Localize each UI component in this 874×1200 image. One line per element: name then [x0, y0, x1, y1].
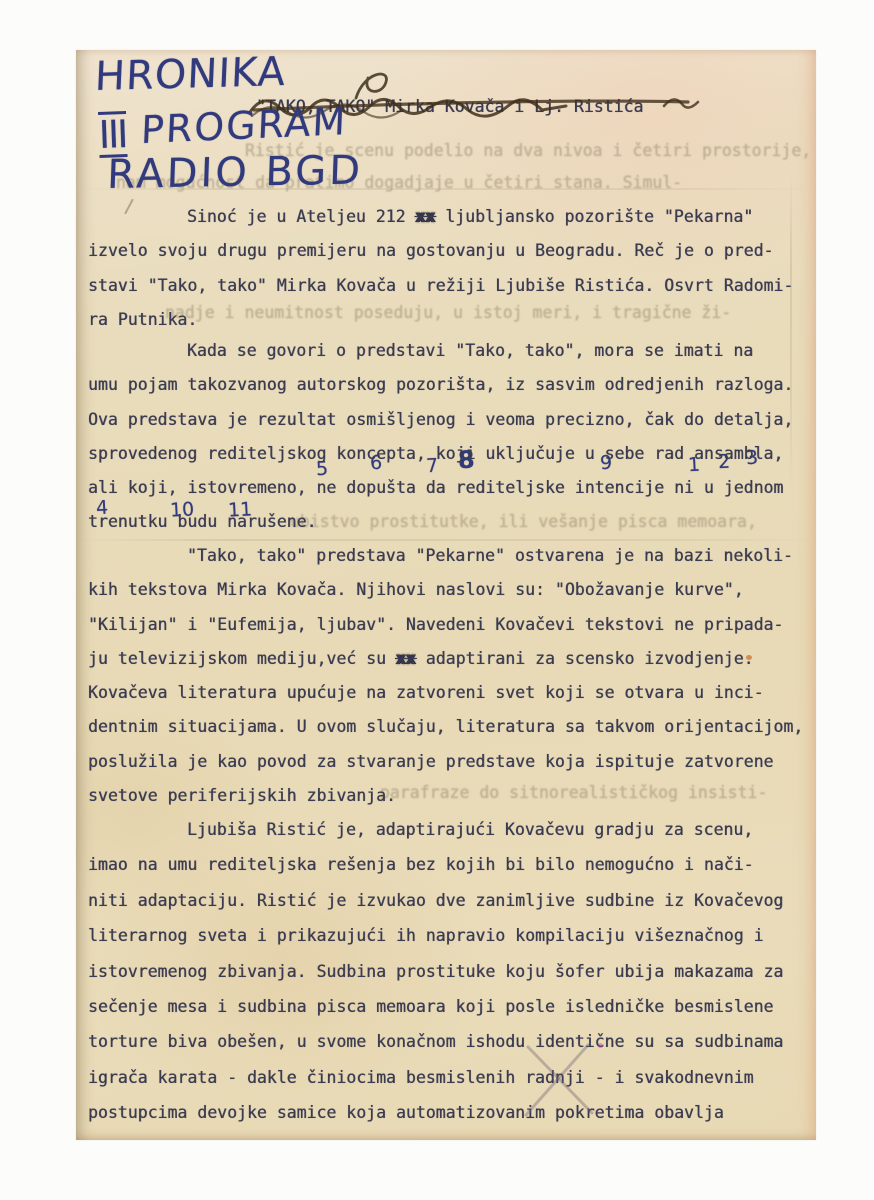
- typed-text: ju televizijskom mediju,već su: [88, 649, 396, 668]
- paragraph: Sinoć je u Ateljeu 212 xx ljubljansko po…: [88, 200, 814, 337]
- typed-line: umu pojam takozvanog autorskog pozorišta…: [88, 368, 814, 402]
- ink-speck: [598, 1043, 603, 1048]
- document-page: Ristić je scenu podelio na dva nivoa i č…: [76, 50, 816, 1140]
- typed-line: ju televizijskom mediju,već su xx adapti…: [88, 642, 814, 676]
- paragraph: "Tako, tako" predstava "Pekarne" ostvare…: [88, 539, 814, 813]
- typed-text: ljubljansko pozorište "Pekarna": [435, 207, 753, 226]
- paragraph: Ljubiša Ristić je, adaptirajući Kovačevu…: [88, 812, 814, 1131]
- typed-line: igrača karata - dakle činiocima besmisle…: [88, 1060, 814, 1095]
- overstruck-text: xx: [396, 649, 416, 668]
- typed-line: Sinoć je u Ateljeu 212 xx ljubljansko po…: [88, 200, 814, 234]
- typed-line: poslužila je kao povod za stvaranje pred…: [88, 745, 814, 779]
- typed-line: sečenje mesa i sudbina pisca memoara koj…: [88, 989, 814, 1024]
- typed-line: "Kilijan" i "Eufemija, ljubav". Navedeni…: [88, 608, 814, 642]
- typed-line: kih tekstova Mirka Kovača. Njihovi naslo…: [88, 573, 814, 607]
- typed-line: Kada se govori o predstavi "Tako, tako",…: [88, 334, 814, 368]
- typed-line: Ova predstava je rezultat osmišljenog i …: [88, 403, 814, 437]
- typed-line: svetove periferijskih zbivanja.: [88, 779, 814, 813]
- typed-line: stavi "Tako, tako" Mirka Kovača u režiji…: [88, 269, 814, 303]
- typed-line: "Tako, tako" predstava "Pekarne" ostvare…: [88, 539, 814, 573]
- typed-line: literarnog sveta i prikazujući ih naprav…: [88, 918, 814, 953]
- handwritten-annotation-hronika: HRONIKA: [94, 49, 287, 100]
- typed-line: sprovedenog rediteljskog koncepta, koji …: [88, 437, 814, 471]
- typed-line: imao na umu rediteljska rešenja bez koji…: [88, 847, 814, 882]
- typed-text: Sinoć je u Ateljeu 212: [187, 207, 415, 226]
- typed-line: torture biva obešen, u svome konačnom is…: [88, 1024, 814, 1059]
- typed-line: niti adaptaciju. Ristić je izvukao dve z…: [88, 883, 814, 918]
- typed-line: Kovačeva literatura upućuje na zatvoreni…: [88, 676, 814, 710]
- pencil-x-mark: [516, 1035, 606, 1125]
- typed-text: adaptirani za scensko izvodjenje.: [416, 649, 754, 668]
- typed-line: izvelo svoju drugu premijeru na gostovan…: [88, 234, 814, 268]
- overstruck-text: xx: [415, 207, 435, 226]
- typed-line: postupcima devojke samice koja automatiz…: [88, 1095, 814, 1130]
- paragraph: Kada se govori o predstavi "Tako, tako",…: [88, 334, 814, 540]
- scan-background: { "handwriting": { "line1": "HRONIKA", "…: [0, 0, 874, 1200]
- typed-line: trenutku budu narušene.: [88, 505, 814, 539]
- typed-line: istovremenog zbivanja. Sudbina prostituk…: [88, 954, 814, 989]
- typed-line: ra Putnika.: [88, 303, 814, 337]
- rust-stain-speck: [746, 655, 752, 660]
- handwritten-annotation-program: PROGRAM: [140, 99, 348, 152]
- handwritten-annotation-radio-bgd: RADIO BGD: [106, 148, 363, 199]
- typed-line: ali koji, istovremeno, ne dopušta da red…: [88, 471, 814, 505]
- typed-line: Ljubiša Ristić je, adaptirajući Kovačevu…: [88, 812, 814, 847]
- typed-line: dentnim situacijama. U ovom slučaju, lit…: [88, 710, 814, 744]
